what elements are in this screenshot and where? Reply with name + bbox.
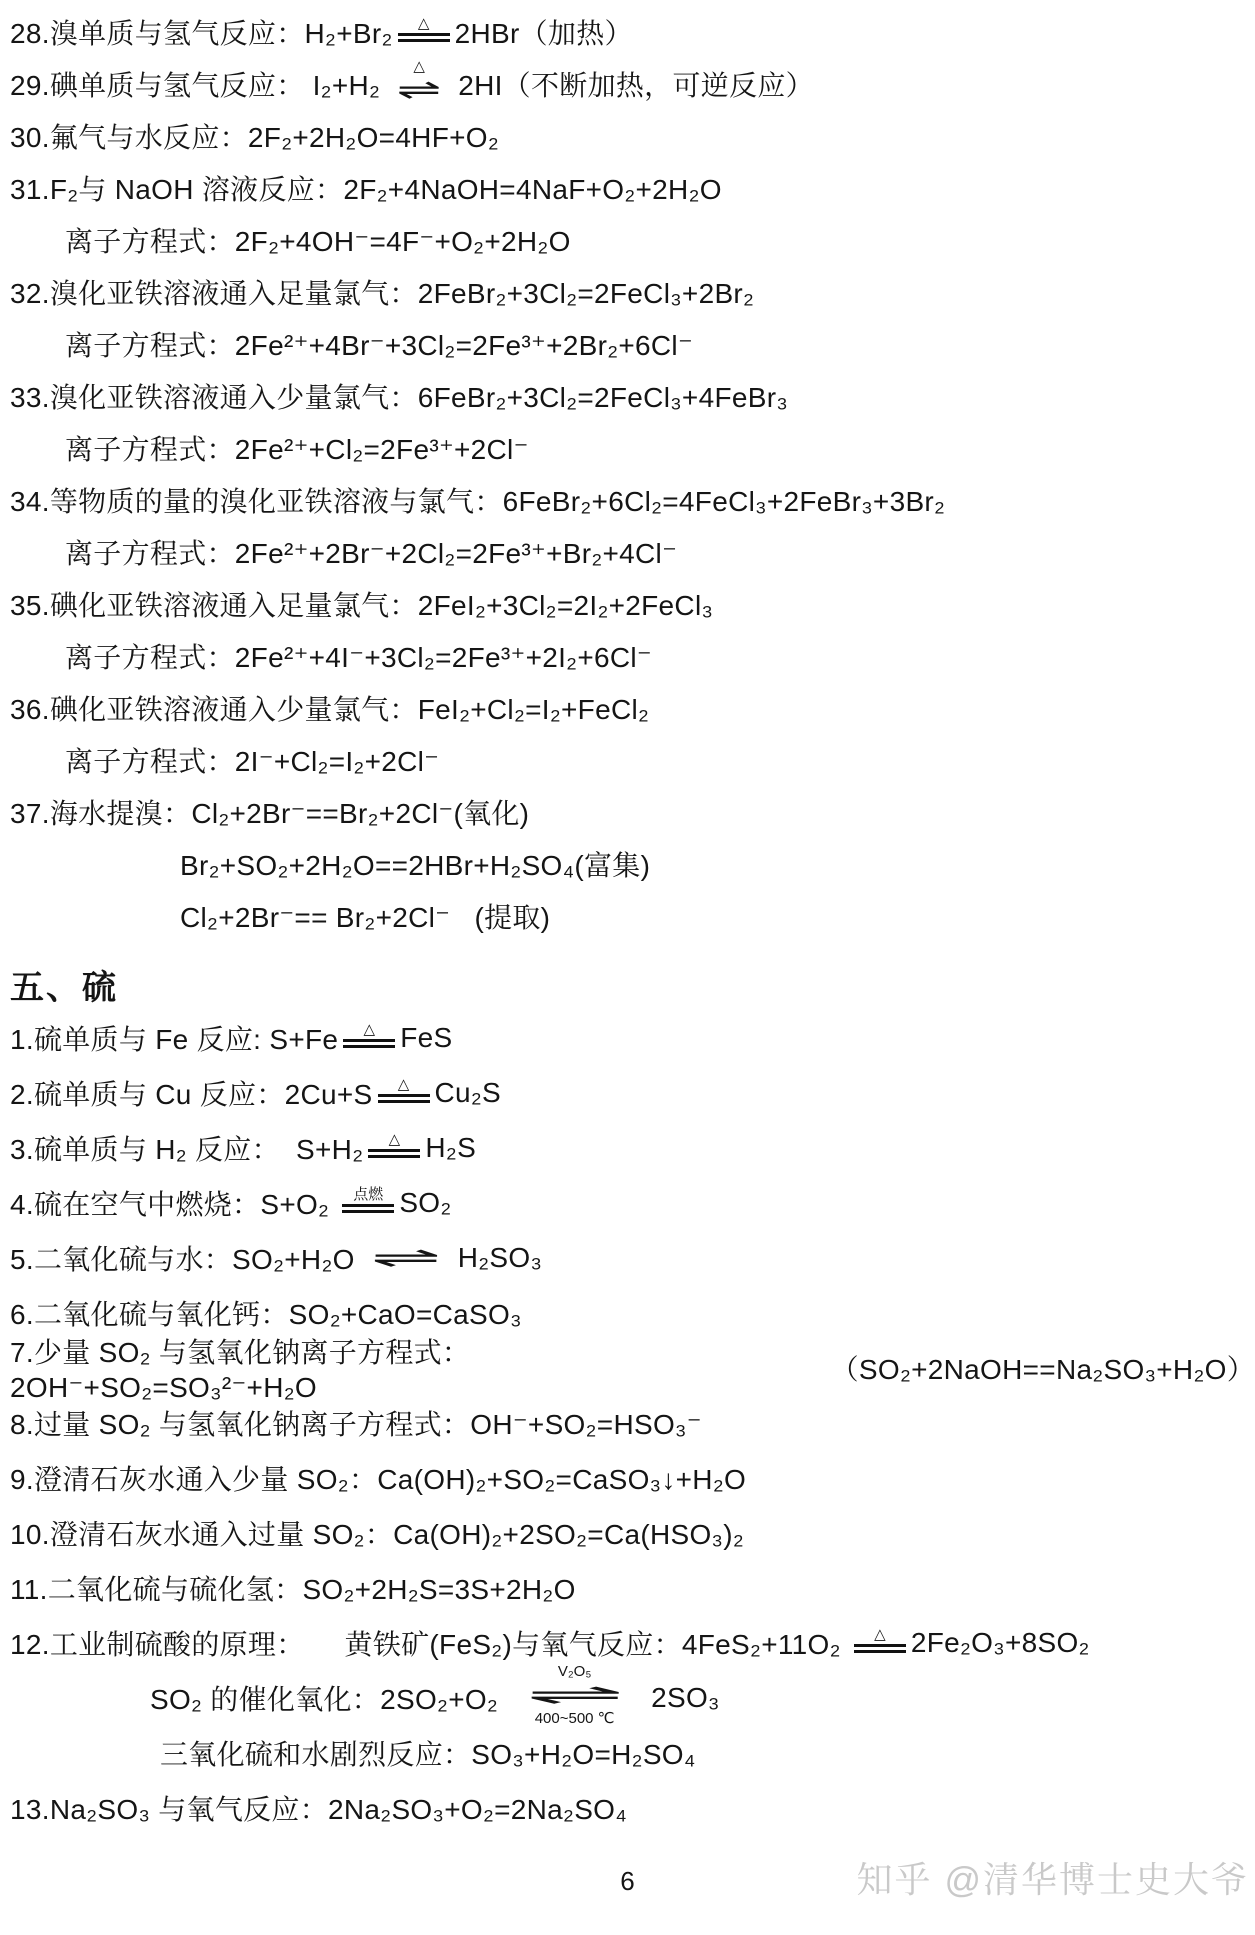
equation-text: 7.少量 SO₂ 与氢氧化钠离子方程式：2OH⁻+SO₂=SO₃²⁻+H₂O <box>10 1331 769 1404</box>
equation-text: FeS <box>400 1022 452 1054</box>
equation-text: H₂SO₃ <box>458 1242 542 1274</box>
equation-text: 13.Na₂SO₃ 与氧气反应：2Na₂SO₃+O₂=2Na₂SO₄ <box>10 1788 627 1828</box>
double-line-icon <box>398 33 450 42</box>
delta-condition: △ <box>389 1132 401 1147</box>
equation-note: （SO₂+2NaOH==Na₂SO₃+H₂O） <box>831 1348 1255 1388</box>
ionic-equation-line: 离子方程式：2F₂+4OH⁻=4F⁻+O₂+2H₂O <box>10 214 1255 266</box>
catalyzed-reversible: V₂O₅ ⇌ 400~500 ℃ <box>503 1664 646 1726</box>
sulfur-section: 1.硫单质与 Fe 反应: S+Fe △ FeS 2.硫单质与 Cu 反应：2C… <box>10 1010 1255 1835</box>
reversible-arrow-icon: ⇌ <box>389 76 449 104</box>
equation-text: 2.硫单质与 Cu 反应：2Cu+S <box>10 1073 373 1113</box>
ionic-equation-line: 离子方程式：2I⁻+Cl₂=I₂+2Cl⁻ <box>10 734 1255 786</box>
equation-line: 4.硫在空气中燃烧：S+O₂ 点燃 SO₂ <box>10 1175 1255 1230</box>
equation-text: 8.过量 SO₂ 与氢氧化钠离子方程式：OH⁻+SO₂=HSO₃⁻ <box>10 1403 702 1443</box>
equation-text: Cu₂S <box>435 1077 502 1109</box>
ignition-equals: 点燃 <box>342 1187 394 1213</box>
reversible-heated: △ ⇌ <box>385 59 453 104</box>
equation-text: Cl₂+2Br⁻== Br₂+2Cl⁻ (提取) <box>180 896 550 936</box>
equation-line: 32.溴化亚铁溶液通入足量氯气：2FeBr₂+3Cl₂=2FeCl₃+2Br₂ <box>10 266 1255 318</box>
equation-line: 7.少量 SO₂ 与氢氧化钠离子方程式：2OH⁻+SO₂=SO₃²⁻+H₂O （… <box>10 1340 1255 1395</box>
equation-line: 9.澄清石灰水通入少量 SO₂：Ca(OH)₂+SO₂=CaSO₃↓+H₂O <box>10 1450 1255 1505</box>
equation-line: 37.海水提溴：Cl₂+2Br⁻==Br₂+2Cl⁻(氧化) <box>10 786 1255 838</box>
equation-text: 32.溴化亚铁溶液通入足量氯气：2FeBr₂+3Cl₂=2FeCl₃+2Br₂ <box>10 272 754 312</box>
equation-text: 33.溴化亚铁溶液通入少量氯气：6FeBr₂+3Cl₂=2FeCl₃+4FeBr… <box>10 376 788 416</box>
sub-equation-line: Cl₂+2Br⁻== Br₂+2Cl⁻ (提取) <box>10 890 1255 942</box>
equation-line: 2.硫单质与 Cu 反应：2Cu+S △ Cu₂S <box>10 1065 1255 1120</box>
equation-text: SO₂ 的催化氧化：2SO₂+O₂ <box>150 1678 498 1718</box>
heated-equals: △ <box>854 1627 906 1653</box>
equation-text: 28.溴单质与氢气反应：H₂+Br₂ <box>10 12 393 52</box>
equation-text: 29.碘单质与氢气反应： I₂+H₂ <box>10 64 380 104</box>
equation-text: 6.二氧化硫与氧化钙：SO₂+CaO=CaSO₃ <box>10 1293 522 1333</box>
equation-text: Br₂+SO₂+2H₂O==2HBr+H₂SO₄(富集) <box>180 844 650 884</box>
equation-line: 13.Na₂SO₃ 与氧气反应：2Na₂SO₃+O₂=2Na₂SO₄ <box>10 1780 1255 1835</box>
heated-equals: △ <box>378 1077 430 1103</box>
catalyst-condition: V₂O₅ <box>558 1664 592 1679</box>
ionic-equation-line: 离子方程式：2Fe²⁺+4Br⁻+3Cl₂=2Fe³⁺+2Br₂+6Cl⁻ <box>10 318 1255 370</box>
equation-text: 30.氟气与水反应：2F₂+2H₂O=4HF+O₂ <box>10 116 499 156</box>
equation-text: 离子方程式：2Fe²⁺+4Br⁻+3Cl₂=2Fe³⁺+2Br₂+6Cl⁻ <box>65 324 693 364</box>
delta-condition: △ <box>874 1627 886 1642</box>
equation-text: 3.硫单质与 H₂ 反应： S+H₂ <box>10 1128 363 1168</box>
heated-equals: △ <box>343 1022 395 1048</box>
equation-line: 8.过量 SO₂ 与氢氧化钠离子方程式：OH⁻+SO₂=HSO₃⁻ <box>10 1395 1255 1450</box>
section-title: 五、硫 <box>10 958 1255 1010</box>
ionic-equation-line: 离子方程式：2Fe²⁺+2Br⁻+2Cl₂=2Fe³⁺+Br₂+4Cl⁻ <box>10 526 1255 578</box>
equation-text: 36.碘化亚铁溶液通入少量氯气：FeI₂+Cl₂=I₂+FeCl₂ <box>10 688 649 728</box>
reversible-arrow-icon: ⇌ <box>359 1244 454 1272</box>
chemistry-notes-page: 28.溴单质与氢气反应：H₂+Br₂ △ 2HBr（加热） 29.碘单质与氢气反… <box>0 0 1255 1835</box>
equation-line: 35.碘化亚铁溶液通入足量氯气：2FeI₂+3Cl₂=2I₂+2FeCl₃ <box>10 578 1255 630</box>
ionic-equation-line: 离子方程式：2Fe²⁺+Cl₂=2Fe³⁺+2Cl⁻ <box>10 422 1255 474</box>
equation-text: 9.澄清石灰水通入少量 SO₂：Ca(OH)₂+SO₂=CaSO₃↓+H₂O <box>10 1458 746 1498</box>
equation-text: 离子方程式：2Fe²⁺+Cl₂=2Fe³⁺+2Cl⁻ <box>65 428 529 468</box>
halogen-section: 28.溴单质与氢气反应：H₂+Br₂ △ 2HBr（加热） 29.碘单质与氢气反… <box>10 6 1255 942</box>
equation-text: 31.F₂与 NaOH 溶液反应：2F₂+4NaOH=4NaF+O₂+2H₂O <box>10 168 722 208</box>
equation-text: 10.澄清石灰水通入过量 SO₂：Ca(OH)₂+2SO₂=Ca(HSO₃)₂ <box>10 1513 744 1553</box>
equation-line: 10.澄清石灰水通入过量 SO₂：Ca(OH)₂+2SO₂=Ca(HSO₃)₂ <box>10 1505 1255 1560</box>
double-line-icon <box>342 1204 394 1213</box>
double-line-icon <box>378 1094 430 1103</box>
sub-equation-line: SO₂ 的催化氧化：2SO₂+O₂ V₂O₅ ⇌ 400~500 ℃ 2SO₃ <box>10 1670 1255 1725</box>
double-line-icon <box>343 1039 395 1048</box>
equation-text: H₂S <box>425 1132 476 1164</box>
equation-line: 28.溴单质与氢气反应：H₂+Br₂ △ 2HBr（加热） <box>10 6 1255 58</box>
equation-line: 33.溴化亚铁溶液通入少量氯气：6FeBr₂+3Cl₂=2FeCl₃+4FeBr… <box>10 370 1255 422</box>
equation-line: 29.碘单质与氢气反应： I₂+H₂ △ ⇌ 2HI（不断加热，可逆反应） <box>10 58 1255 110</box>
equation-text: 离子方程式：2I⁻+Cl₂=I₂+2Cl⁻ <box>65 740 439 780</box>
equation-text: 离子方程式：2Fe²⁺+2Br⁻+2Cl₂=2Fe³⁺+Br₂+4Cl⁻ <box>65 532 677 572</box>
delta-condition: △ <box>413 59 425 74</box>
equation-line: 3.硫单质与 H₂ 反应： S+H₂ △ H₂S <box>10 1120 1255 1175</box>
delta-condition: △ <box>363 1022 375 1037</box>
equation-line: 31.F₂与 NaOH 溶液反应：2F₂+4NaOH=4NaF+O₂+2H₂O <box>10 162 1255 214</box>
sub-equation-line: 三氧化硫和水剧烈反应：SO₃+H₂O=H₂SO₄ <box>10 1725 1255 1780</box>
equation-text: 2Fe₂O₃+8SO₂ <box>911 1627 1090 1659</box>
delta-condition: △ <box>398 1077 410 1092</box>
section-title-text: 五、硫 <box>10 960 118 1009</box>
reversible-arrow-icon: ⇌ <box>507 1681 642 1709</box>
equation-line: 1.硫单质与 Fe 反应: S+Fe △ FeS <box>10 1010 1255 1065</box>
ionic-equation-line: 离子方程式：2Fe²⁺+4I⁻+3Cl₂=2Fe³⁺+2I₂+6Cl⁻ <box>10 630 1255 682</box>
equation-line: 5.二氧化硫与水：SO₂+H₂O ⇌ H₂SO₃ <box>10 1230 1255 1285</box>
equation-line: 12.工业制硫酸的原理： 黄铁矿(FeS₂)与氧气反应：4FeS₂+11O₂ △… <box>10 1615 1255 1670</box>
equation-text: 离子方程式：2F₂+4OH⁻=4F⁻+O₂+2H₂O <box>65 220 571 260</box>
equation-text: 4.硫在空气中燃烧：S+O₂ <box>10 1183 337 1223</box>
equation-text: 37.海水提溴：Cl₂+2Br⁻==Br₂+2Cl⁻(氧化) <box>10 792 529 832</box>
delta-condition: △ <box>418 16 430 31</box>
equation-text: 2SO₃ <box>651 1682 720 1714</box>
equation-text: 离子方程式：2Fe²⁺+4I⁻+3Cl₂=2Fe³⁺+2I₂+6Cl⁻ <box>65 636 652 676</box>
sub-equation-line: Br₂+SO₂+2H₂O==2HBr+H₂SO₄(富集) <box>10 838 1255 890</box>
equation-text: SO₂ <box>399 1187 451 1219</box>
equation-text: 黄铁矿(FeS₂)与氧气反应：4FeS₂+11O₂ <box>345 1623 849 1663</box>
temperature-condition: 400~500 ℃ <box>535 1711 615 1726</box>
equation-text: 11.二氧化硫与硫化氢：SO₂+2H₂S=3S+2H₂O <box>10 1568 576 1608</box>
ignite-condition: 点燃 <box>353 1187 383 1202</box>
equation-line: 11.二氧化硫与硫化氢：SO₂+2H₂S=3S+2H₂O <box>10 1560 1255 1615</box>
equation-text: 2HI（不断加热，可逆反应） <box>458 64 814 104</box>
double-line-icon <box>368 1149 420 1158</box>
equation-text: 三氧化硫和水剧烈反应：SO₃+H₂O=H₂SO₄ <box>160 1733 696 1773</box>
equation-line: 30.氟气与水反应：2F₂+2H₂O=4HF+O₂ <box>10 110 1255 162</box>
equation-text: 35.碘化亚铁溶液通入足量氯气：2FeI₂+3Cl₂=2I₂+2FeCl₃ <box>10 584 713 624</box>
watermark: 知乎 @清华博士史大爷 <box>856 1852 1249 1903</box>
equation-text: 2HBr（加热） <box>455 12 633 52</box>
equation-text: 12.工业制硫酸的原理： <box>10 1623 305 1663</box>
equation-text: 34.等物质的量的溴化亚铁溶液与氯气：6FeBr₂+6Cl₂=4FeCl₃+2F… <box>10 480 945 520</box>
equation-line: 36.碘化亚铁溶液通入少量氯气：FeI₂+Cl₂=I₂+FeCl₂ <box>10 682 1255 734</box>
double-line-icon <box>854 1644 906 1653</box>
equation-line: 34.等物质的量的溴化亚铁溶液与氯气：6FeBr₂+6Cl₂=4FeCl₃+2F… <box>10 474 1255 526</box>
heated-equals: △ <box>398 16 450 42</box>
equation-text: 5.二氧化硫与水：SO₂+H₂O <box>10 1238 355 1278</box>
equation-text: 1.硫单质与 Fe 反应: S+Fe <box>10 1018 338 1058</box>
heated-equals: △ <box>368 1132 420 1158</box>
